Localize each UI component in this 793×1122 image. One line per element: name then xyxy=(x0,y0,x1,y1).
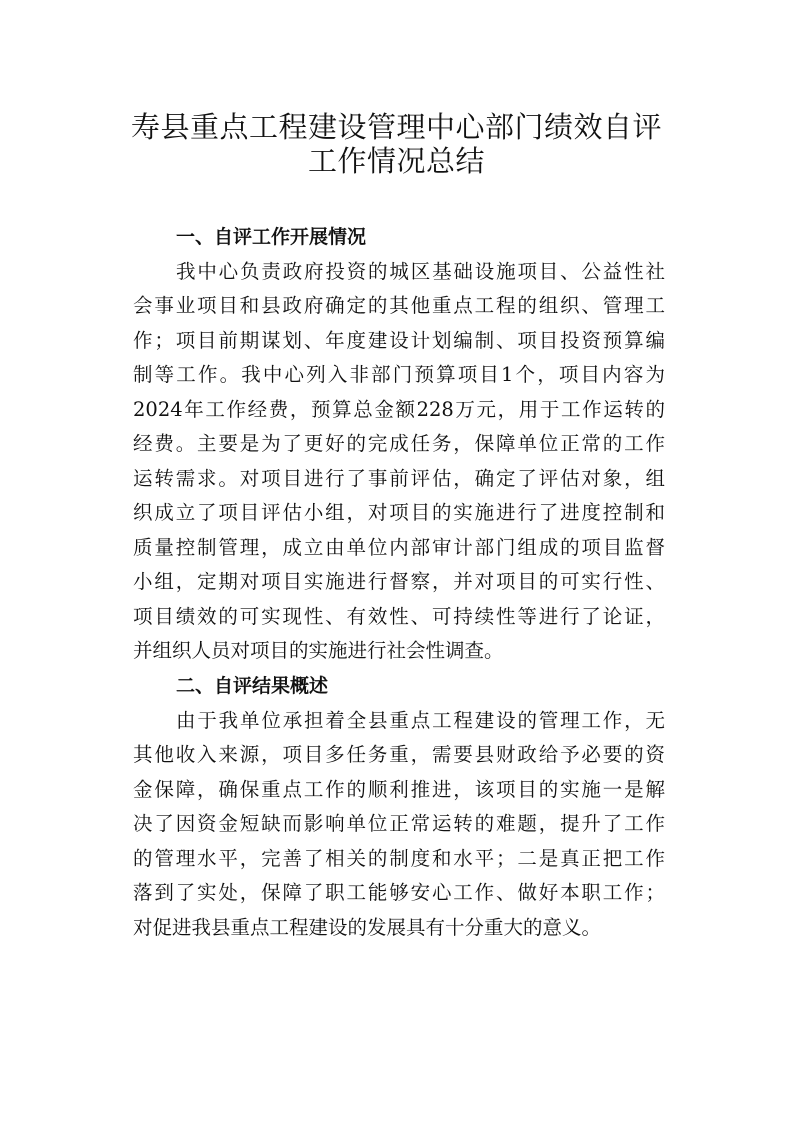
paragraph-line: 落到了实处，保障了职工能够安心工作、做好本职工作； xyxy=(133,880,665,906)
paragraph-line: 作；项目前期谋划、年度建设计划编制、项目投资预算编 xyxy=(133,328,665,354)
paragraph-line: 由于我单位承担着全县重点工程建设的管理工作，无 xyxy=(176,708,665,734)
paragraph-line: 会事业项目和县政府确定的其他重点工程的组织、管理工 xyxy=(133,293,665,319)
paragraph-line: 制等工作。我中心列入非部门预算项目1个，项目内容为 xyxy=(133,362,665,388)
paragraph-line: 运转需求。对项目进行了事前评估，确定了评估对象，组 xyxy=(133,466,665,492)
paragraph-line: 小组，定期对项目实施进行督察，并对项目的可实行性、 xyxy=(133,569,665,595)
section-heading-1: 一、自评工作开展情况 xyxy=(176,225,366,249)
paragraph-line: 的管理水平，完善了相关的制度和水平；二是真正把工作 xyxy=(133,846,665,872)
paragraph-line: 对促进我县重点工程建设的发展具有十分重大的意义。 xyxy=(133,915,665,941)
paragraph-line: 我中心负责政府投资的城区基础设施项目、公益性社 xyxy=(176,259,665,285)
paragraph-line: 2024年工作经费，预算总金额228万元，用于工作运转的 xyxy=(133,397,665,423)
paragraph-line: 经费。主要是为了更好的完成任务，保障单位正常的工作 xyxy=(133,431,665,457)
paragraph-line: 织成立了项目评估小组，对项目的实施进行了进度控制和 xyxy=(133,500,665,526)
paragraph-line: 并组织人员对项目的实施进行社会性调查。 xyxy=(133,638,665,664)
paragraph-line: 决了因资金短缺而影响单位正常运转的难题，提升了工作 xyxy=(133,811,665,837)
paragraph-line: 金保障，确保重点工作的顺利推进，该项目的实施一是解 xyxy=(133,777,665,803)
document-title-line-2: 工作情况总结 xyxy=(120,144,673,178)
paragraph-line: 项目绩效的可实现性、有效性、可持续性等进行了论证， xyxy=(133,604,665,630)
paragraph-line: 质量控制管理，成立由单位内部审计部门组成的项目监督 xyxy=(133,535,665,561)
document-page: 寿县重点工程建设管理中心部门绩效自评 工作情况总结 一、自评工作开展情况 我中心… xyxy=(0,0,793,1122)
section-heading-2: 二、自评结果概述 xyxy=(176,674,328,698)
document-title-line-1: 寿县重点工程建设管理中心部门绩效自评 xyxy=(120,110,673,144)
paragraph-line: 其他收入来源，项目多任务重，需要县财政给予必要的资 xyxy=(133,742,665,768)
